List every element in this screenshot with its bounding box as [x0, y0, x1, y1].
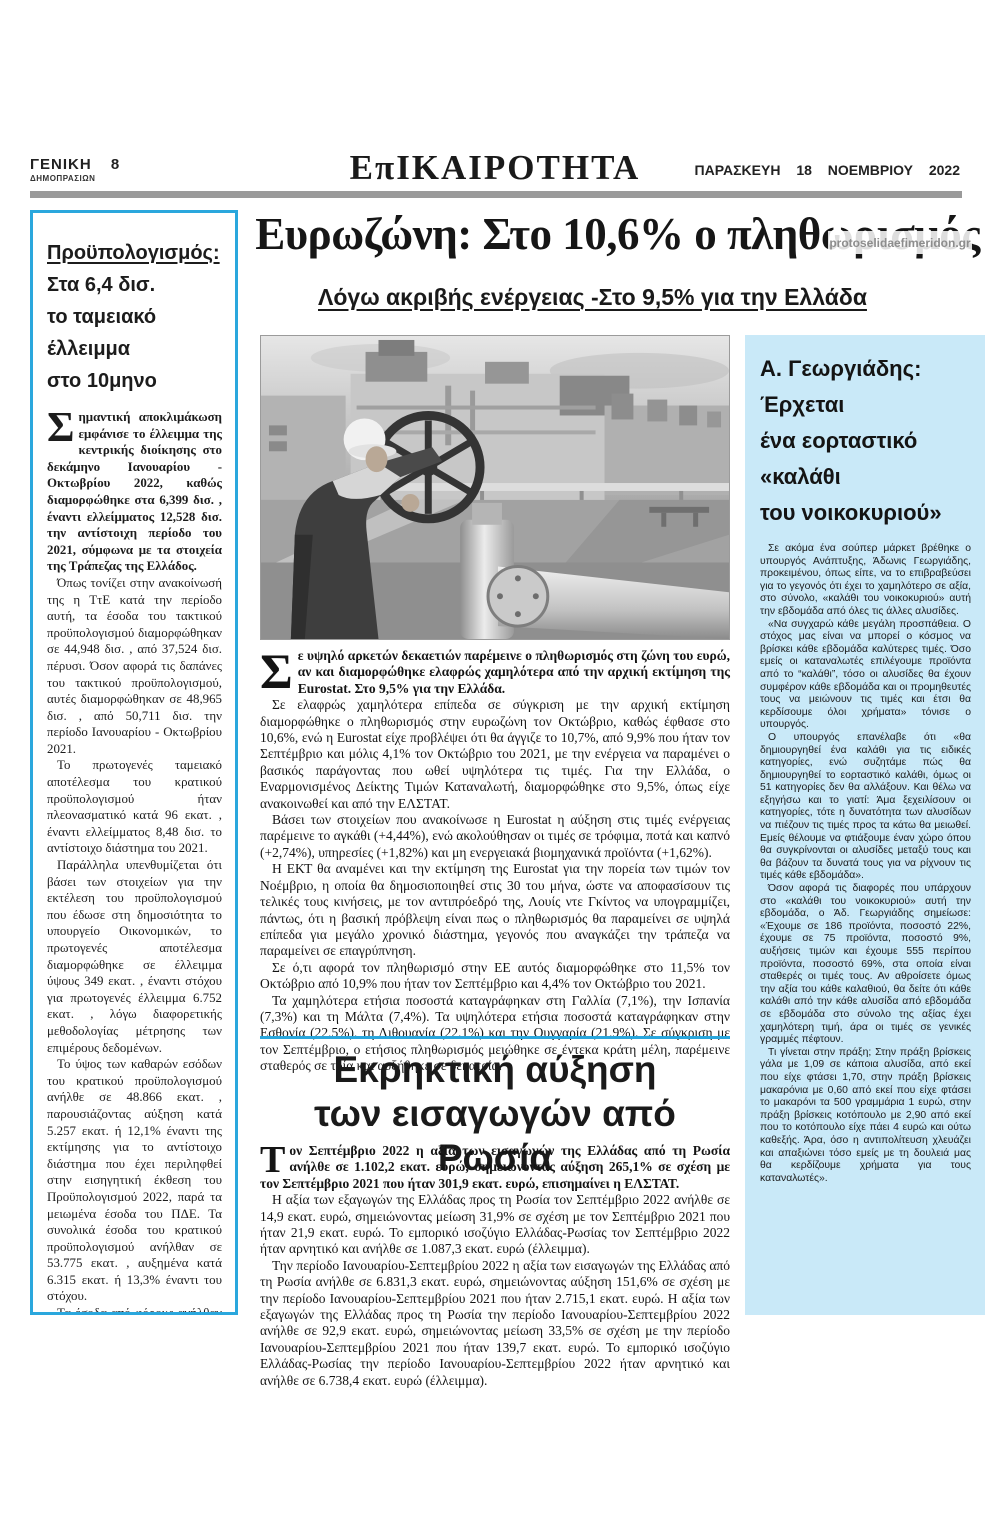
- watermark: protoselidaefimeridon.gr: [828, 231, 972, 254]
- budget-paragraph: Παράλληλα υπενθυμίζεται ότι βάσει των στ…: [47, 857, 222, 1056]
- gas-facility-photo-illustration: [261, 336, 729, 639]
- russia-dropcap: Τ: [260, 1145, 285, 1175]
- budget-title-line1: Προϋπολογισμός:: [47, 237, 222, 269]
- budget-paragraph: Το ύψος των καθαρών εσόδων του κρατικού …: [47, 1056, 222, 1305]
- edition-date: ΠΑΡΑΣΚΕΥΗ 18 ΝΟΕΜΒΡΙΟΥ 2022: [695, 162, 961, 178]
- article-photo: [260, 335, 730, 640]
- eurozone-dropcap: Σ: [260, 650, 293, 692]
- main-subheadline-text: Λόγω ακριβής ενέργειας -Στο 9,5% για την…: [318, 284, 867, 310]
- russia-lead-text: ον Σεπτέμβριο 2022 η αξία των εισαγωγών …: [260, 1143, 730, 1191]
- budget-dropcap: Σ: [47, 411, 74, 445]
- minister-paragraph: Σε ακόμα ένα σούπερ μάρκετ βρέθηκε ο υπο…: [760, 543, 971, 619]
- budget-paragraph: Όπως τονίζει στην ανακοίνωσή της η ΤτΕ κ…: [47, 575, 222, 758]
- russia-paragraph: Την περίοδο Ιανουαρίου-Σεπτεμβρίου 2022 …: [260, 1258, 730, 1389]
- minister-body: Σε ακόμα ένα σούπερ μάρκετ βρέθηκε ο υπο…: [760, 543, 971, 1185]
- budget-title: Προϋπολογισμός: Στα 6,4 δισ. το ταμειακό…: [47, 237, 222, 397]
- russia-article-body: Τον Σεπτέμβριο 2022 η αξία των εισαγωγών…: [260, 1143, 730, 1389]
- budget-article-box: Προϋπολογισμός: Στα 6,4 δισ. το ταμειακό…: [30, 210, 238, 1315]
- budget-paragraph: Τα έσοδα από φόρους ανήλθαν σε 45.626 εκ…: [47, 1305, 222, 1315]
- russia-headline-line1: Εκρηκτική αύξηση: [260, 1048, 730, 1092]
- minister-title: Α. Γεωργιάδης: Έρχεται ένα εορταστικό «κ…: [760, 351, 971, 531]
- minister-paragraph: Τι γίνεται στην πράξη; Στην πράξη βρίσκε…: [760, 1047, 971, 1186]
- budget-paragraph: Το πρωτογενές ταμειακό αποτέλεσμα του κρ…: [47, 757, 222, 857]
- eurozone-lead-paragraph: Σε υψηλό αρκετών δεκαετιών παρέμεινε ο π…: [260, 648, 730, 697]
- minister-paragraph: Ο υπουργός επανέλαβε ότι «θα δημιουργηθε…: [760, 732, 971, 883]
- minister-paragraph: «Να συγχαρώ κάθε μεγάλη προσπάθεια. Ο στ…: [760, 619, 971, 732]
- header-divider: [30, 191, 962, 198]
- minister-paragraph: Όσον αφορά τις διαφορές που υπάρχουν στο…: [760, 883, 971, 1047]
- eurozone-paragraph: Σε ελαφρώς χαμηλότερα επίπεδα σε σύγκρισ…: [260, 697, 730, 812]
- russia-lead-paragraph: Τον Σεπτέμβριο 2022 η αξία των εισαγωγών…: [260, 1143, 730, 1192]
- article-divider: [260, 1036, 730, 1039]
- budget-lead-paragraph: Σημαντική αποκλιμάκωση εμφάνισε το έλλει…: [47, 409, 222, 575]
- newspaper-page: ΓΕΝΙΚΗ 8 ΔΗΜΟΠΡΑΣΙΩΝ ΕπΙΚΑΙΡΟΤΗΤΑ ΠΑΡΑΣΚ…: [0, 0, 990, 1530]
- main-subheadline: Λόγω ακριβής ενέργειας -Στο 9,5% για την…: [260, 284, 925, 311]
- eurozone-paragraph: Η ΕΚΤ θα αναμένει και την εκτίμηση της E…: [260, 861, 730, 959]
- eurozone-paragraph: Βάσει των στοιχείων που ανακοίνωσε η Eur…: [260, 812, 730, 861]
- eurozone-paragraph: Σε ό,τι αφορά τον πληθωρισμό στην ΕΕ αυτ…: [260, 960, 730, 993]
- minister-article-box: Α. Γεωργιάδης: Έρχεται ένα εορταστικό «κ…: [745, 335, 985, 1315]
- eurozone-lead-text: ε υψηλό αρκετών δεκαετιών παρέμεινε ο πλ…: [298, 648, 730, 696]
- eurozone-article-body: Σε υψηλό αρκετών δεκαετιών παρέμεινε ο π…: [260, 648, 730, 1075]
- budget-body: Σημαντική αποκλιμάκωση εμφάνισε το έλλει…: [47, 409, 222, 1315]
- budget-title-rest: Στα 6,4 δισ. το ταμειακό έλλειμμα στο 10…: [47, 269, 222, 397]
- russia-paragraph: Η αξία των εξαγωγών της Ελλάδας προς τη …: [260, 1192, 730, 1258]
